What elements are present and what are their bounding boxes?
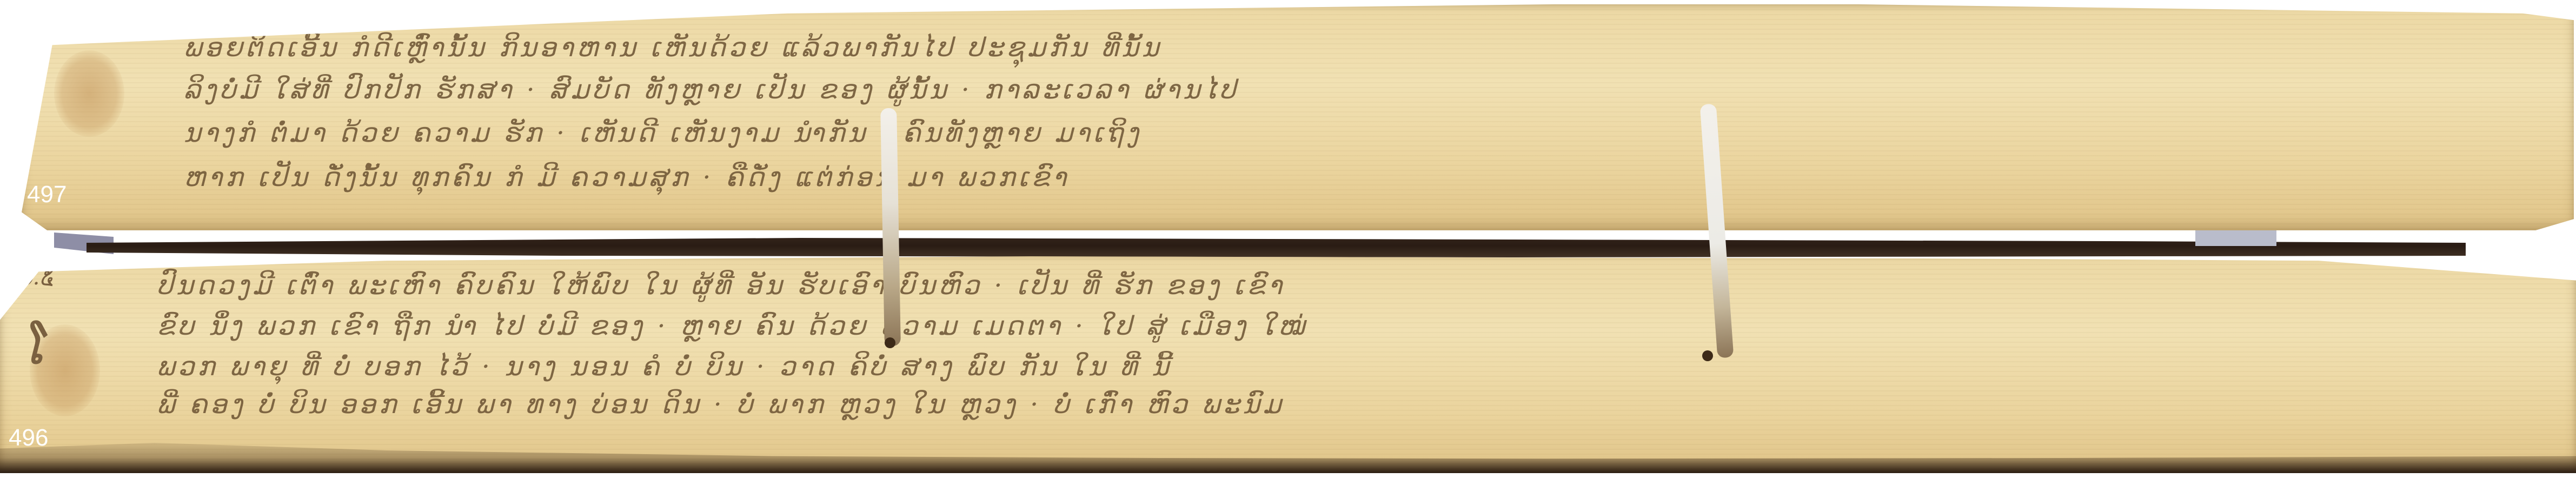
margin-numeral: ໑.໕	[19, 265, 53, 290]
background-gap-right	[2195, 230, 2276, 246]
script-line-2: ຂົບ ນຶ່ງ ພວກ ເຂົາ ຖືກ ນຳ ໄປ ບໍ່ມີ ຂອງ · …	[157, 311, 1308, 341]
manuscript-photo: ພອຍຕິດເອີ້ນ ກໍດີເຫຼົ່ານັ້ນ ກິນອາຫານ ເຫັນ…	[0, 0, 2576, 485]
charred-edge	[0, 435, 2576, 473]
folio-number-496: 496	[9, 424, 48, 451]
binding-hole-right	[1702, 350, 1713, 361]
binding-hole-stain	[54, 50, 124, 137]
script-line-2: ລິງບໍ່ມີ ໃສ່ທີ່ ປົກປັກ ຮັກສາ · ສົມບັດ ທັ…	[184, 75, 1239, 105]
binding-hole-left	[885, 337, 895, 348]
palm-leaf-folio-496: ໑.໕ ໂ ປົນດວງມີ ເຕົ່າ ພະເຫົາ ຄົບຄົນ ໃຫ້ພົ…	[0, 254, 2576, 473]
script-line-1: ປົນດວງມີ ເຕົ່າ ພະເຫົາ ຄົບຄົນ ໃຫ້ພົບ ໃນ ຜ…	[157, 270, 1285, 301]
script-line-3: ພວກ ພາຍຸ ທີ່ ບໍ່ ບອກ ໄວ້ · ນາງ ນອນ ຄໍ ບໍ…	[157, 351, 1172, 382]
script-line-4: ພີ່ ຄອງ ບໍ່ ບິນ ອອກ ເອີ້ນ ພາ ທາງ ບ່ອນ ດິ…	[157, 389, 1285, 420]
script-line-4: ຫາກ ເປັນ ດັ່ງນັ້ນ ທຸກຄົນ ກໍ ມີ ຄວາມສຸກ ·…	[184, 162, 1070, 192]
script-line-1: ພອຍຕິດເອີ້ນ ກໍດີເຫຼົ່ານັ້ນ ກິນອາຫານ ເຫັນ…	[184, 32, 1162, 63]
palm-leaf-folio-497: ພອຍຕິດເອີ້ນ ກໍດີເຫຼົ່ານັ້ນ ກິນອາຫານ ເຫັນ…	[22, 4, 2574, 230]
script-line-3: ນາງກໍ ຕໍ່ມາ ດ້ວຍ ຄວາມ ຮັກ · ເຫັນດີ ເຫັນງ…	[184, 118, 1142, 148]
folio-number-497: 497	[27, 181, 67, 208]
margin-glyph: ໂ	[22, 319, 44, 376]
